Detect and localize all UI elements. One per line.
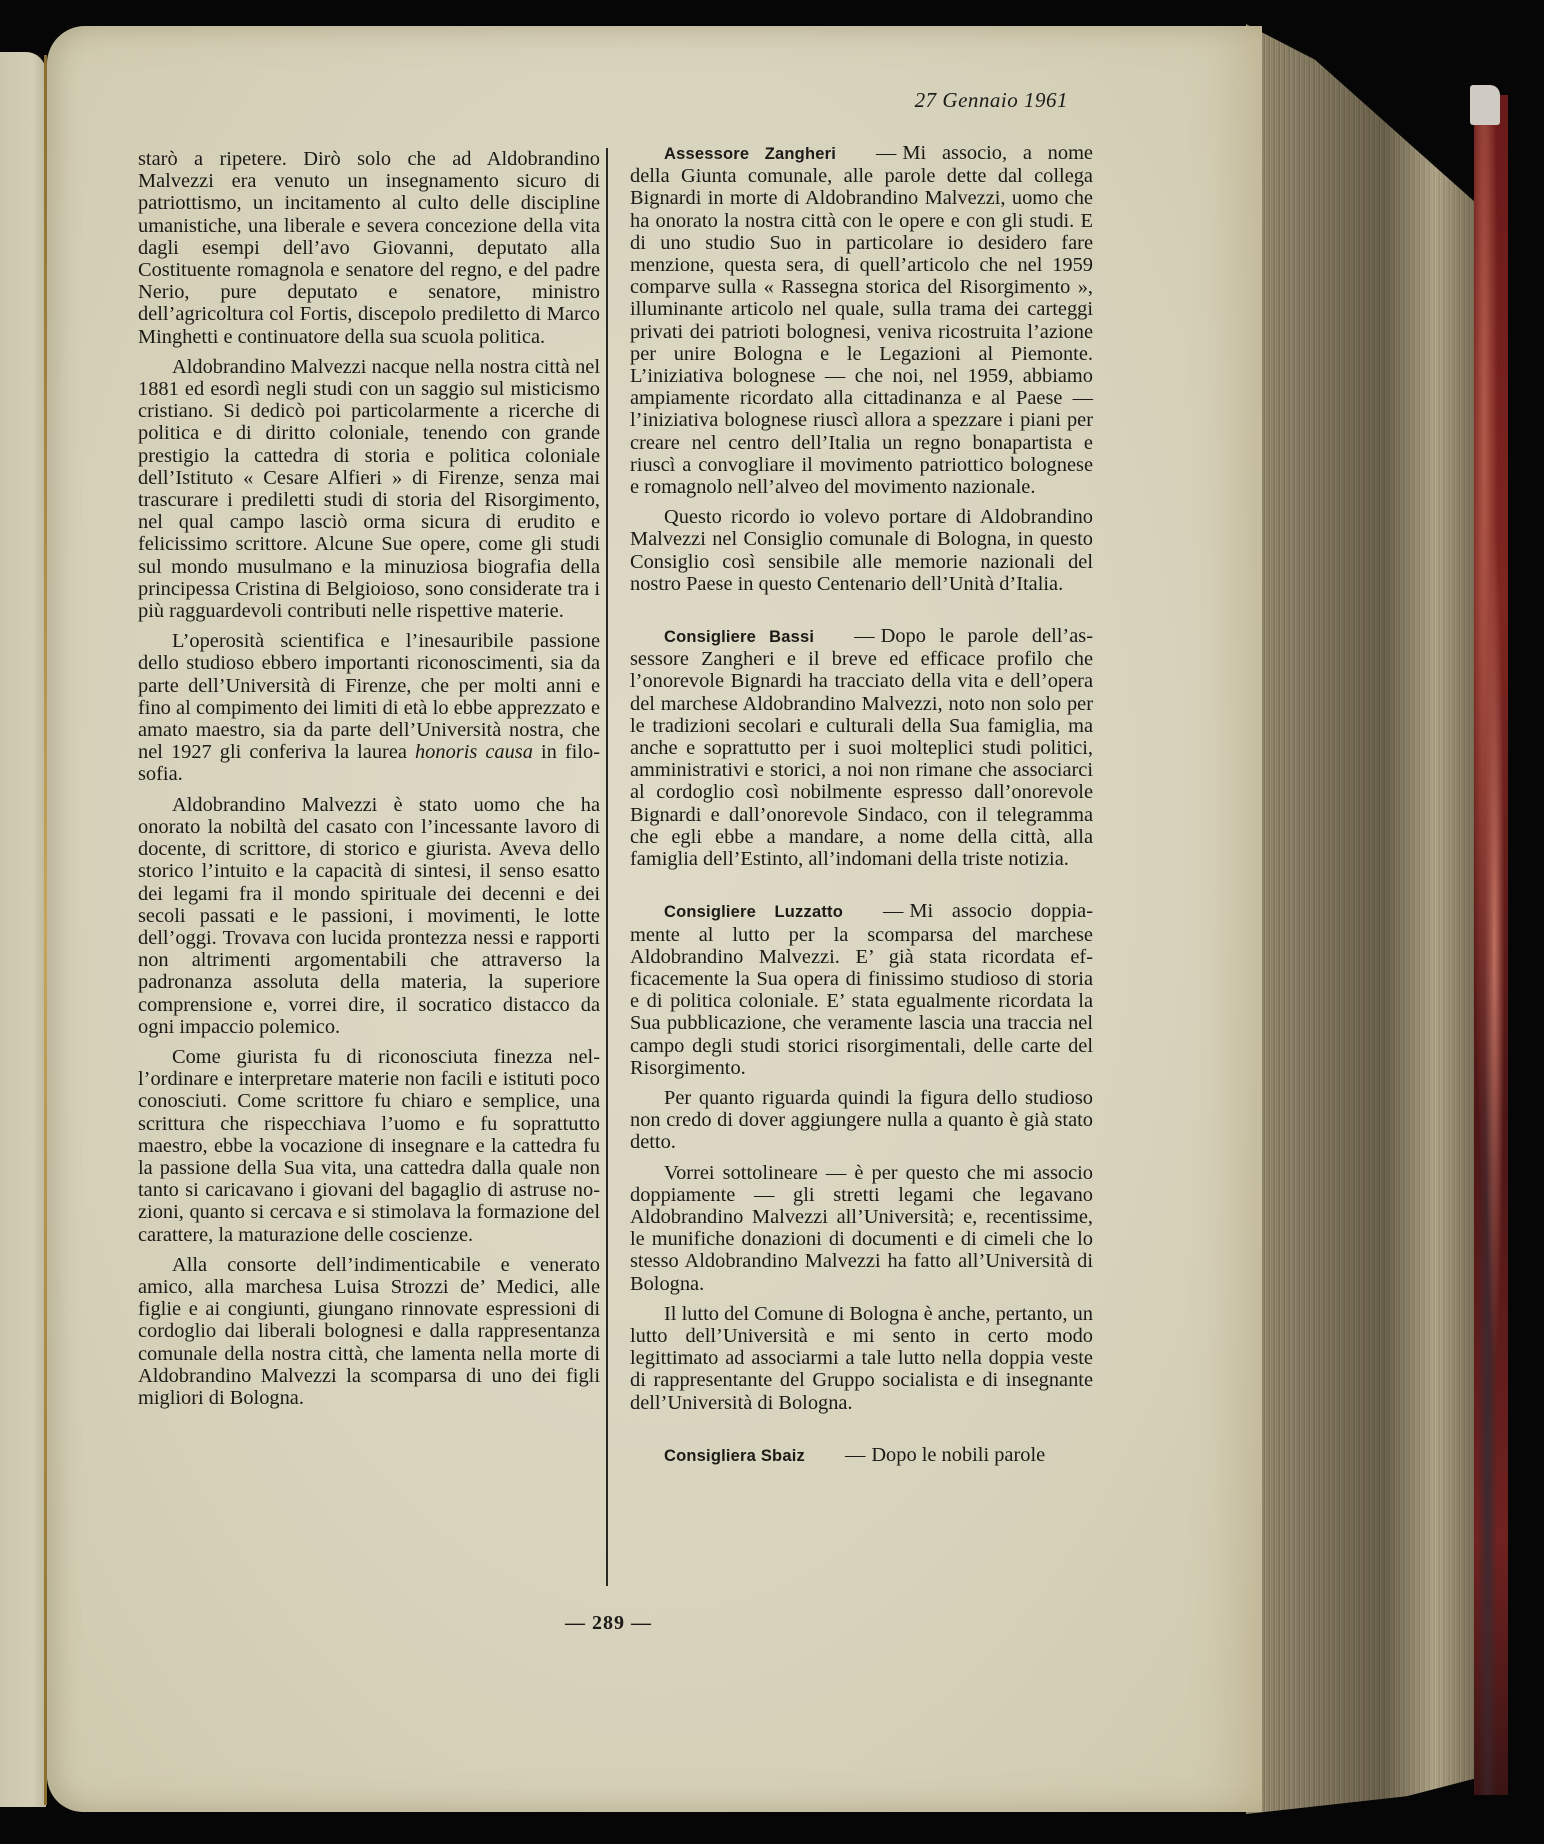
marbled-cover — [1474, 95, 1508, 1795]
paragraph: Aldobrandino Malvezzi nacque nella nostr… — [138, 356, 600, 622]
right-column: Assessore Zangheri—Mi associo, a nome de… — [630, 142, 1093, 1475]
paragraph: Alla consorte dell’indimenticabile e ven… — [138, 1254, 600, 1409]
italic-phrase: honoris causa — [415, 741, 533, 763]
speaker-name: Consigliera Sbaiz — [664, 1447, 805, 1465]
left-page-edge — [0, 52, 46, 1807]
left-column: starò a ripetere. Dirò solo che ad Aldob… — [138, 148, 600, 1417]
speech-bassi: Consigliere Bassi—Dopo le parole dell’as… — [630, 625, 1093, 870]
speech-text: Dopo le nobili parole — [871, 1444, 1045, 1466]
speaker-dash: — — [820, 625, 874, 647]
page-stack-shadow — [1246, 24, 1476, 1814]
speaker-name: Consigliere Bassi — [664, 628, 814, 646]
speaker-name: Consigliere Luzzatto — [664, 903, 843, 921]
paragraph: Questo ricordo io volevo portare di Aldo… — [630, 506, 1093, 595]
speaker-name: Assessore Zangheri — [664, 145, 836, 163]
running-head-date: 27 Gennaio 1961 — [915, 88, 1068, 113]
speech-sbaiz: Consigliera Sbaiz—Dopo le nobili parole — [630, 1444, 1093, 1467]
speech-zangheri: Assessore Zangheri—Mi associo, a nome de… — [630, 142, 1093, 498]
cover-corner-tab — [1470, 85, 1500, 125]
speech-text: Mi associo, a nome della Giunta comunale… — [630, 142, 1093, 498]
column-divider — [606, 148, 608, 1586]
speaker-dash: — — [842, 142, 896, 164]
paragraph: L’operosità scientifica e l’inesauribile… — [138, 630, 600, 785]
book-scan: 27 Gennaio 1961 starò a ripetere. Dirò s… — [0, 0, 1544, 1844]
paragraph: Vorrei sottolineare — è per questo che m… — [630, 1162, 1093, 1295]
paragraph: Come giurista fu di riconosciuta finezza… — [138, 1046, 600, 1246]
paragraph: Il lutto del Comune di Bologna è anche, … — [630, 1303, 1093, 1414]
paragraph: Per quanto riguarda quindi la figura del… — [630, 1087, 1093, 1154]
speaker-dash: — — [849, 900, 903, 922]
book-gutter — [44, 55, 47, 1805]
paragraph: starò a ripetere. Dirò solo che ad Aldob… — [138, 148, 600, 348]
speech-text: Dopo le parole dell’as­sessore Zangheri … — [630, 625, 1093, 870]
paragraph: Aldobrandino Malvezzi è stato uomo che h… — [138, 794, 600, 1038]
speaker-dash: — — [811, 1444, 865, 1466]
speech-luzzatto: Consigliere Luzzatto—Mi associo doppia­m… — [630, 900, 1093, 1079]
page-number: — 289 — — [565, 1612, 652, 1635]
speech-text: Mi associo doppia­mente al lutto per la … — [630, 900, 1093, 1078]
